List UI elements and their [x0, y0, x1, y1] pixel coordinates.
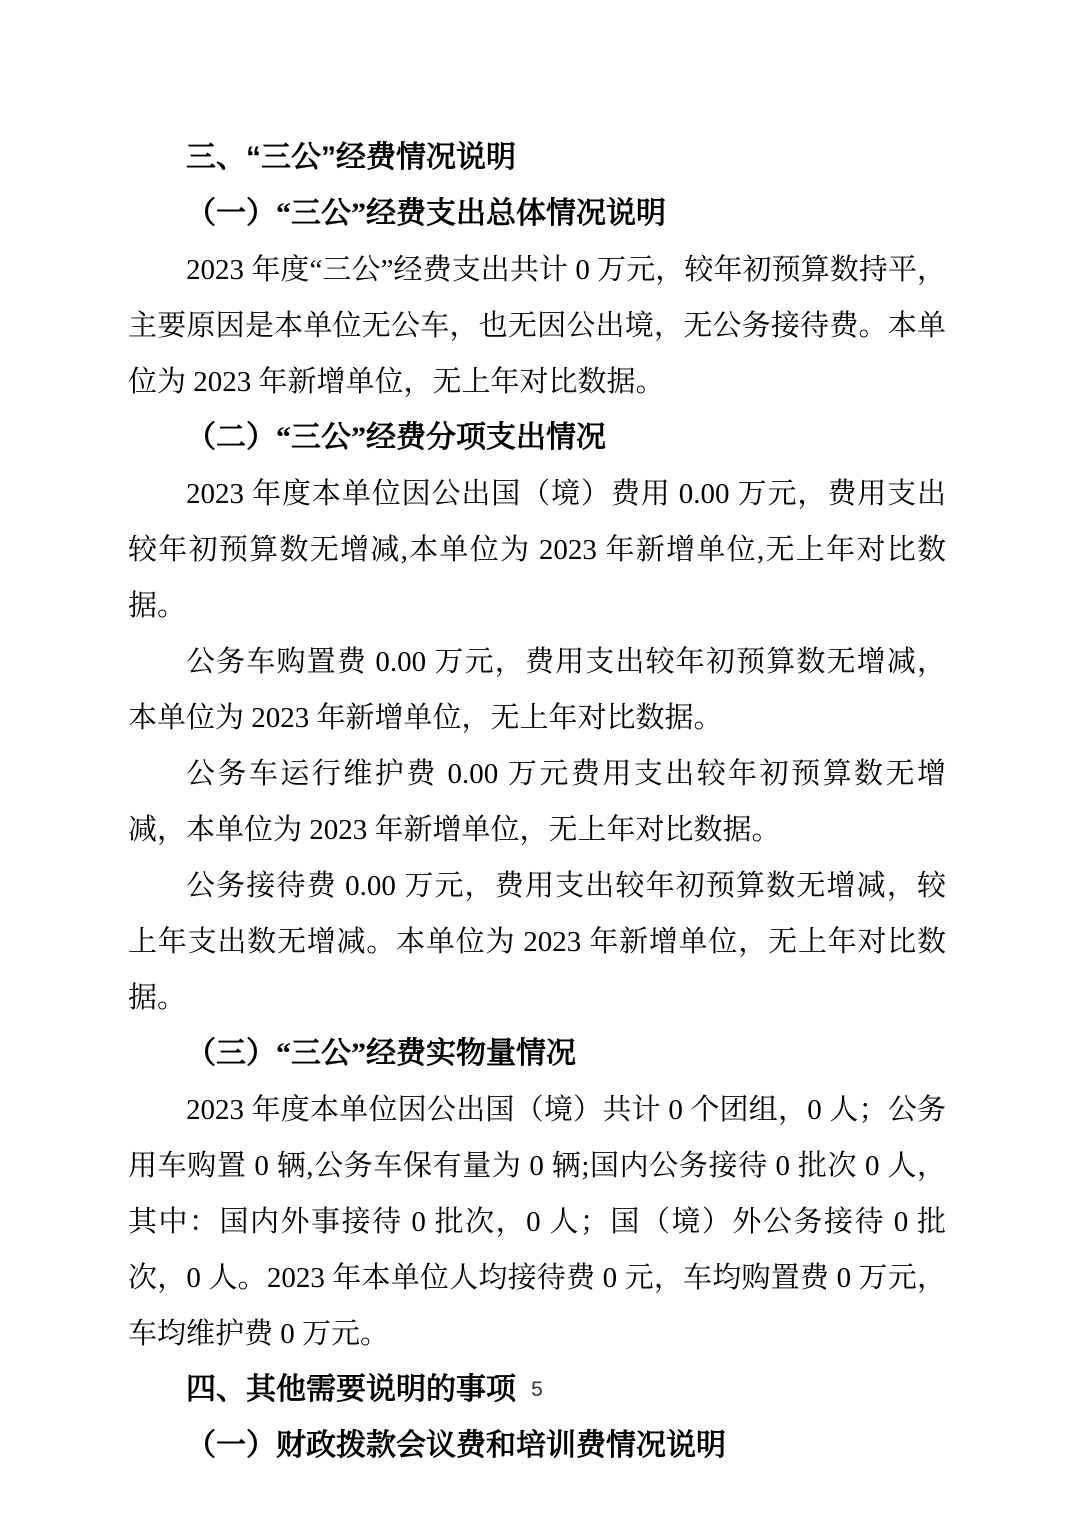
paragraph: 公务接待费 0.00 万元，费用支出较年初预算数无增减，较上年支出数无增减。本单…: [128, 858, 946, 1026]
page-number: 5: [0, 1378, 1074, 1402]
subsection-heading: （一）“三公”经费支出总体情况说明: [128, 186, 946, 242]
paragraph: 公务车运行维护费 0.00 万元费用支出较年初预算数无增减，本单位为 2023 …: [128, 746, 946, 858]
paragraph: 2023 年度本单位因公出国（境）共计 0 个团组，0 人；公务用车购置 0 辆…: [128, 1082, 946, 1362]
paragraph: 2023 年度本单位因公出国（境）费用 0.00 万元，费用支出较年初预算数无增…: [128, 466, 946, 634]
subsection-heading: （三）“三公”经费实物量情况: [128, 1026, 946, 1082]
document-body: 三、“三公”经费情况说明 （一）“三公”经费支出总体情况说明 2023 年度“三…: [128, 130, 946, 1474]
subsection-heading: （二）“三公”经费分项支出情况: [128, 410, 946, 466]
section-heading: 三、“三公”经费情况说明: [128, 130, 946, 186]
subsection-heading: （一）财政拨款会议费和培训费情况说明: [128, 1418, 946, 1474]
paragraph: 2023 年度“三公”经费支出共计 0 万元，较年初预算数持平，主要原因是本单位…: [128, 242, 946, 410]
document-page: 三、“三公”经费情况说明 （一）“三公”经费支出总体情况说明 2023 年度“三…: [0, 0, 1074, 1520]
paragraph: 公务车购置费 0.00 万元，费用支出较年初预算数无增减，本单位为 2023 年…: [128, 634, 946, 746]
